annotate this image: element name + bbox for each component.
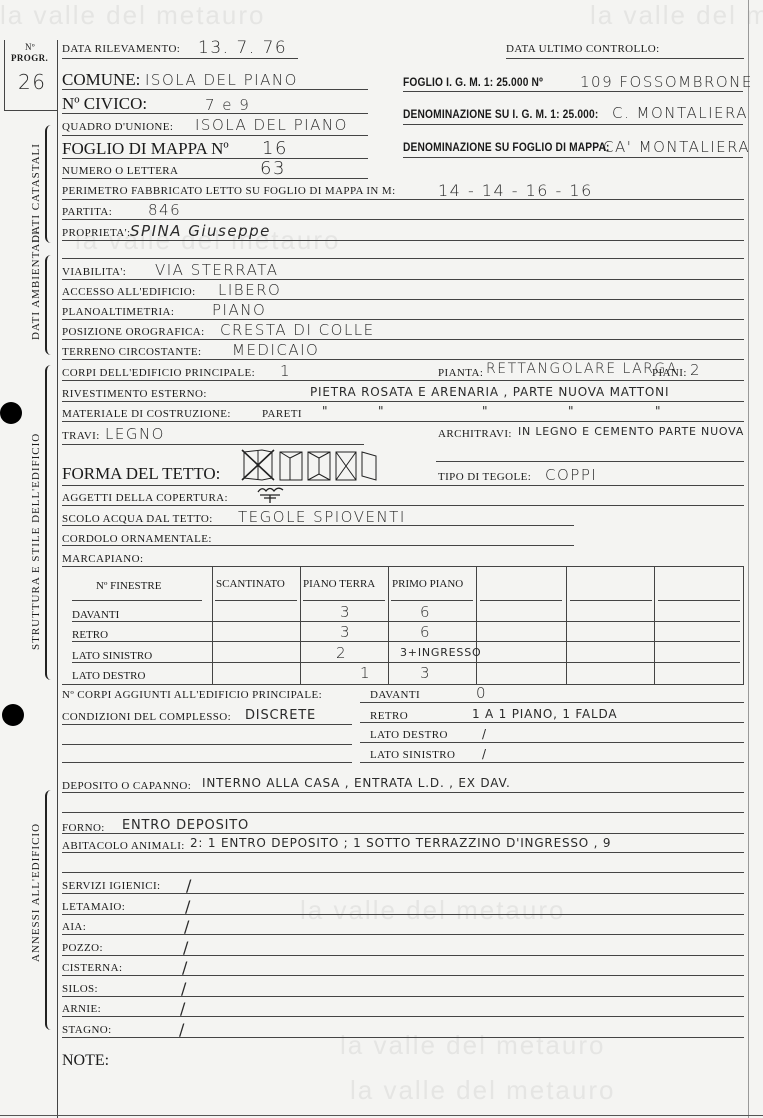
- travi-value[interactable]: LEGNO: [105, 425, 165, 443]
- finestre-header: SCANTINATO: [216, 578, 285, 590]
- perimetro-value[interactable]: 14 - 14 - 16 - 16: [438, 181, 593, 200]
- annessi-item-label: AIA:: [62, 921, 86, 933]
- finestre-row-label: LATO SINISTRO: [72, 650, 152, 662]
- denom-igm-value[interactable]: C. MONTALIERA: [612, 104, 748, 122]
- denom-mappa-label: DENOMINAZIONE SU FOGLIO DI MAPPA:: [403, 140, 610, 154]
- annessi-item-label: POZZO:: [62, 942, 103, 954]
- lato-destro-label: LATO DESTRO: [370, 729, 448, 741]
- perimetro-label: PERIMETRO FABBRICATO LETTO SU FOGLIO DI …: [62, 185, 396, 197]
- quadro-value[interactable]: ISOLA DEL PIANO: [195, 116, 348, 134]
- roof-shape-pavilion-icon: [308, 452, 330, 480]
- forno-value[interactable]: ENTRO DEPOSITO: [122, 818, 249, 833]
- rivestimento-label: RIVESTIMENTO ESTERNO:: [62, 388, 207, 400]
- davanti-label: DAVANTI: [370, 689, 420, 701]
- architravi-label: ARCHITRAVI:: [438, 428, 512, 440]
- watermark: la valle del metauro: [300, 895, 565, 926]
- watermark: la valle del metauro: [0, 0, 265, 31]
- condizioni-value[interactable]: DISCRETE: [245, 708, 316, 723]
- terreno-value[interactable]: MEDICAIO: [232, 341, 319, 359]
- annessi-item-label: LETAMAIO:: [62, 901, 125, 913]
- pareti-mark: ": [655, 404, 661, 418]
- rivestimento-value[interactable]: PIETRA ROSATA E ARENARIA , PARTE NUOVA M…: [310, 385, 669, 399]
- section-label-ambientali: DATI AMBIENTALI: [30, 230, 42, 340]
- piani-label: PIANI:: [652, 367, 687, 379]
- finestre-row-label: RETRO: [72, 629, 108, 641]
- finestre-cell[interactable]: 3+INGRESSO: [400, 646, 481, 659]
- corpi-aggiunti-label: Nº CORPI AGGIUNTI ALL'EDIFICIO PRINCIPAL…: [62, 689, 322, 701]
- section-label-struttura: STRUTTURA E STILE DELL'EDIFICIO: [30, 433, 42, 650]
- retro-value[interactable]: 1 A 1 PIANO, 1 FALDA: [472, 707, 617, 721]
- data-rilevamento-value[interactable]: 13. 7. 76: [198, 38, 287, 58]
- binder-hole: [0, 402, 22, 424]
- note-label: NOTE:: [62, 1052, 109, 1070]
- comune-label: COMUNE:: [62, 70, 140, 90]
- quadro-label: QUADRO D'UNIONE:: [62, 121, 173, 133]
- annessi-item-label: SILOS:: [62, 983, 98, 995]
- viabilita-label: VIABILITA':: [62, 266, 126, 278]
- lato-sinistro-label: LATO SINISTRO: [370, 749, 455, 761]
- finestre-header: PRIMO PIANO: [392, 578, 463, 590]
- numero-value[interactable]: 63: [260, 158, 286, 179]
- accesso-label: ACCESSO ALL'EDIFICIO:: [62, 286, 196, 298]
- finestre-row-label: LATO DESTRO: [72, 670, 145, 682]
- scolo-label: SCOLO ACQUA DAL TETTO:: [62, 513, 213, 525]
- retro-label: RETRO: [370, 710, 408, 722]
- posizione-value[interactable]: CRESTA DI COLLE: [220, 321, 375, 339]
- terreno-label: TERRENO CIRCOSTANTE:: [62, 346, 201, 358]
- proprieta-label: PROPRIETA':: [62, 227, 130, 239]
- finestre-cell[interactable]: 3: [420, 664, 431, 682]
- data-ultimo-controllo-label: DATA ULTIMO CONTROLLO:: [506, 43, 660, 55]
- tipo-tegole-value[interactable]: COPPI: [545, 466, 597, 484]
- posizione-label: POSIZIONE OROGRAFICA:: [62, 326, 205, 338]
- corpi-value[interactable]: 1: [280, 362, 291, 380]
- finestre-cell[interactable]: 6: [420, 623, 431, 641]
- abitacolo-value[interactable]: 2: 1 ENTRO DEPOSITO ; 1 SOTTO TERRAZZINO…: [190, 836, 611, 850]
- numero-label: NUMERO o LETTERA: [62, 165, 178, 177]
- pianta-label: PIANTA:: [438, 367, 483, 379]
- deposito-label: DEPOSITO o CAPANNO:: [62, 780, 191, 792]
- watermark: la valle del metauro: [590, 0, 763, 31]
- corpi-label: CORPI DELL'EDIFICIO PRINCIPALE:: [62, 367, 255, 379]
- accesso-value[interactable]: LIBERO: [218, 281, 281, 299]
- civico-label: Nº CIVICO:: [62, 94, 147, 114]
- deposito-value[interactable]: INTERNO ALLA CASA , ENTRATA L.D. , EX DA…: [202, 776, 511, 790]
- pareti-mark: ": [568, 404, 574, 418]
- civico-value[interactable]: 7 e 9: [205, 96, 250, 114]
- viabilita-value[interactable]: VIA STERRATA: [155, 261, 278, 279]
- lato-sinistro-value[interactable]: /: [482, 747, 487, 761]
- finestre-header: Nº FINESTRE: [96, 580, 161, 592]
- finestre-cell[interactable]: 2: [336, 644, 347, 662]
- finestre-cell[interactable]: 6: [420, 603, 431, 621]
- watermark: la valle del metauro: [350, 1075, 615, 1106]
- finestre-cell[interactable]: 3: [340, 623, 351, 641]
- condizioni-label: CONDIZIONI DEL COMPLESSO:: [62, 711, 231, 723]
- pareti-mark: ": [482, 404, 488, 418]
- aggetti-label: AGGETTI DELLA COPERTURA:: [62, 492, 228, 504]
- pareti-label: PARETI: [262, 408, 302, 420]
- proprieta-value[interactable]: SPINA Giuseppe: [130, 222, 271, 240]
- data-rilevamento-label: DATA RILEVAMENTO:: [62, 43, 180, 55]
- planoaltimetria-value[interactable]: PIANO: [212, 301, 266, 319]
- cordolo-label: CORDOLO ORNAMENTALE:: [62, 533, 212, 545]
- abitacolo-label: ABITACOLO ANIMALI:: [62, 840, 185, 852]
- watermark: la valle del metauro: [340, 1030, 605, 1061]
- denom-igm-label: DENOMINAZIONE SU I. G. M. 1: 25.000:: [403, 107, 598, 121]
- planoaltimetria-label: PLANOALTIMETRIA:: [62, 306, 174, 318]
- progr-value: 26: [18, 70, 46, 94]
- roof-shape-cross-icon: [336, 452, 356, 480]
- finestre-cell[interactable]: 1: [360, 664, 371, 682]
- davanti-value[interactable]: 0: [476, 684, 487, 702]
- annessi-item-label: CISTERNA:: [62, 962, 122, 974]
- foglio-igm-label: FOGLIO I. G. M. 1: 25.000 Nº: [403, 75, 543, 89]
- finestre-cell[interactable]: 3: [340, 603, 351, 621]
- annessi-item-label: SERVIZI IGIENICI:: [62, 880, 161, 892]
- section-label-catastali: DATI CATASTALI: [30, 143, 42, 243]
- foglio-igm-value[interactable]: 109 FOSSOMBRONE: [580, 73, 753, 91]
- partita-value[interactable]: 846: [148, 201, 181, 219]
- comune-value[interactable]: ISOLA DEL PIANO: [145, 71, 298, 89]
- roof-shape-crossed-icon: [242, 450, 274, 480]
- lato-destro-value[interactable]: /: [482, 727, 487, 741]
- partita-label: PARTITA:: [62, 206, 112, 218]
- progr-label: Nº: [25, 42, 35, 52]
- section-label-annessi: ANNESSI ALL'EDIFICIO: [30, 823, 42, 962]
- roof-shape-hip-icon: [280, 452, 302, 480]
- pareti-mark: ": [322, 404, 328, 418]
- annessi-item-label: STAGNO:: [62, 1024, 112, 1036]
- forma-tetto-label: FORMA DEL TETTO:: [62, 464, 220, 484]
- roof-shape-icons[interactable]: [240, 448, 380, 483]
- pianta-value[interactable]: RETTANGOLARE LARGA: [486, 361, 678, 377]
- tipo-tegole-label: TIPO DI TEGOLE:: [438, 471, 531, 483]
- architravi-value[interactable]: IN LEGNO E CEMENTO PARTE NUOVA: [518, 425, 744, 438]
- pareti-mark: ": [378, 404, 384, 418]
- marcapiano-label: MARCAPIANO:: [62, 553, 143, 565]
- annessi-item-label: ARNIE:: [62, 1003, 101, 1015]
- denom-mappa-value[interactable]: CA' MONTALIERA: [603, 138, 750, 156]
- aggetti-sketch-icon: [256, 486, 286, 504]
- binder-hole: [2, 704, 24, 726]
- travi-label: TRAVI:: [62, 430, 100, 442]
- piani-value[interactable]: 2: [690, 361, 701, 379]
- progr-label: PROGR.: [11, 53, 48, 63]
- finestre-header: PIANO TERRA: [303, 578, 375, 590]
- foglio-mappa-value[interactable]: 16: [262, 138, 288, 159]
- finestre-row-label: DAVANTI: [72, 609, 119, 621]
- foglio-mappa-label: FOGLIO DI MAPPA Nº: [62, 139, 229, 159]
- roof-shape-single-icon: [362, 452, 376, 480]
- materiale-label: MATERIALE DI COSTRUZIONE:: [62, 408, 231, 420]
- scolo-value[interactable]: TEGOLE SPIOVENTI: [238, 508, 406, 526]
